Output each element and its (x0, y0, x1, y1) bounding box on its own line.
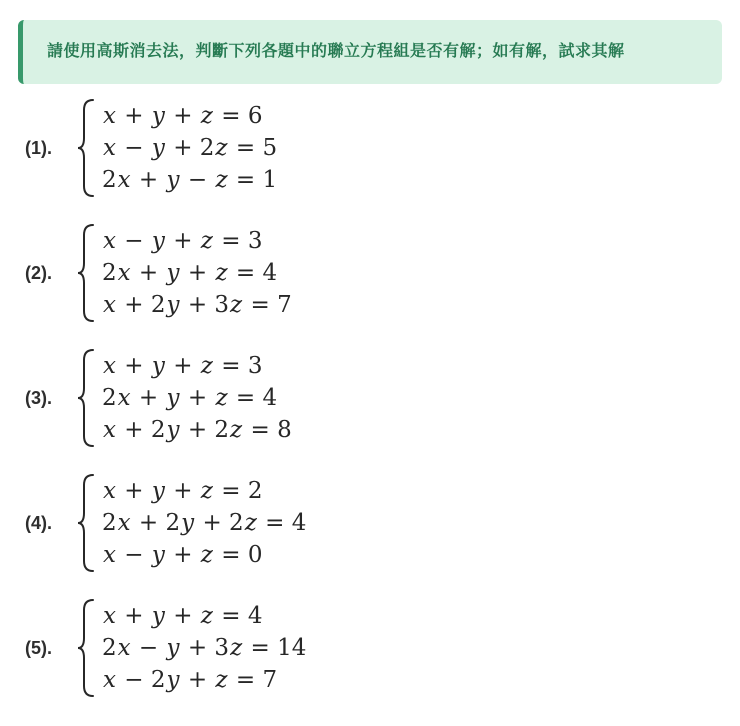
problem-row-1: (1).x + y + z = 6x − y + 2z = 52x + y − … (25, 100, 740, 196)
left-curly-brace-icon (75, 598, 97, 698)
equation-line: x + y + z = 2 (102, 475, 306, 507)
left-curly-brace-icon (75, 473, 97, 573)
equation-line: x − y + z = 0 (102, 539, 306, 571)
problems-list: (1).x + y + z = 6x − y + 2z = 52x + y − … (0, 84, 740, 696)
equation-line: 2x + 2y + 2z = 4 (102, 507, 306, 539)
problem-label: (4). (25, 513, 75, 534)
equation-line: x − y + z = 3 (102, 225, 292, 257)
left-curly-brace-icon (75, 223, 97, 323)
equation-line: x − y + 2z = 5 (102, 132, 277, 164)
equation-group: x − y + z = 32x + y + z = 4x + 2y + 3z =… (102, 225, 292, 321)
equation-line: x + y + z = 6 (102, 100, 277, 132)
equation-line: x + y + z = 3 (102, 350, 292, 382)
left-curly-brace-icon (75, 98, 97, 198)
problem-row-2: (2).x − y + z = 32x + y + z = 4x + 2y + … (25, 225, 740, 321)
problem-label: (5). (25, 638, 75, 659)
problem-label: (3). (25, 388, 75, 409)
equation-line: x − 2y + z = 7 (102, 664, 306, 696)
equation-line: x + 2y + 2z = 8 (102, 414, 292, 446)
equation-line: 2x + y − z = 1 (102, 164, 277, 196)
equation-group: x + y + z = 22x + 2y + 2z = 4x − y + z =… (102, 475, 306, 571)
left-curly-brace-icon (75, 348, 97, 448)
problem-row-4: (4).x + y + z = 22x + 2y + 2z = 4x − y +… (25, 475, 740, 571)
equation-group: x + y + z = 42x − y + 3z = 14x − 2y + z … (102, 600, 306, 696)
equation-line: 2x + y + z = 4 (102, 257, 292, 289)
problem-row-5: (5).x + y + z = 42x − y + 3z = 14x − 2y … (25, 600, 740, 696)
equation-line: x + 2y + 3z = 7 (102, 289, 292, 321)
equation-line: 2x + y + z = 4 (102, 382, 292, 414)
equation-line: x + y + z = 4 (102, 600, 306, 632)
equation-group: x + y + z = 32x + y + z = 4x + 2y + 2z =… (102, 350, 292, 446)
equation-group: x + y + z = 6x − y + 2z = 52x + y − z = … (102, 100, 277, 196)
problem-label: (2). (25, 263, 75, 284)
problem-row-3: (3).x + y + z = 32x + y + z = 4x + 2y + … (25, 350, 740, 446)
equation-line: 2x − y + 3z = 14 (102, 632, 306, 664)
problem-label: (1). (25, 138, 75, 159)
instruction-callout: 請使用高斯消去法，判斷下列各題中的聯立方程組是否有解；如有解，試求其解 (18, 20, 722, 84)
instruction-text: 請使用高斯消去法，判斷下列各題中的聯立方程組是否有解；如有解，試求其解 (47, 43, 625, 60)
